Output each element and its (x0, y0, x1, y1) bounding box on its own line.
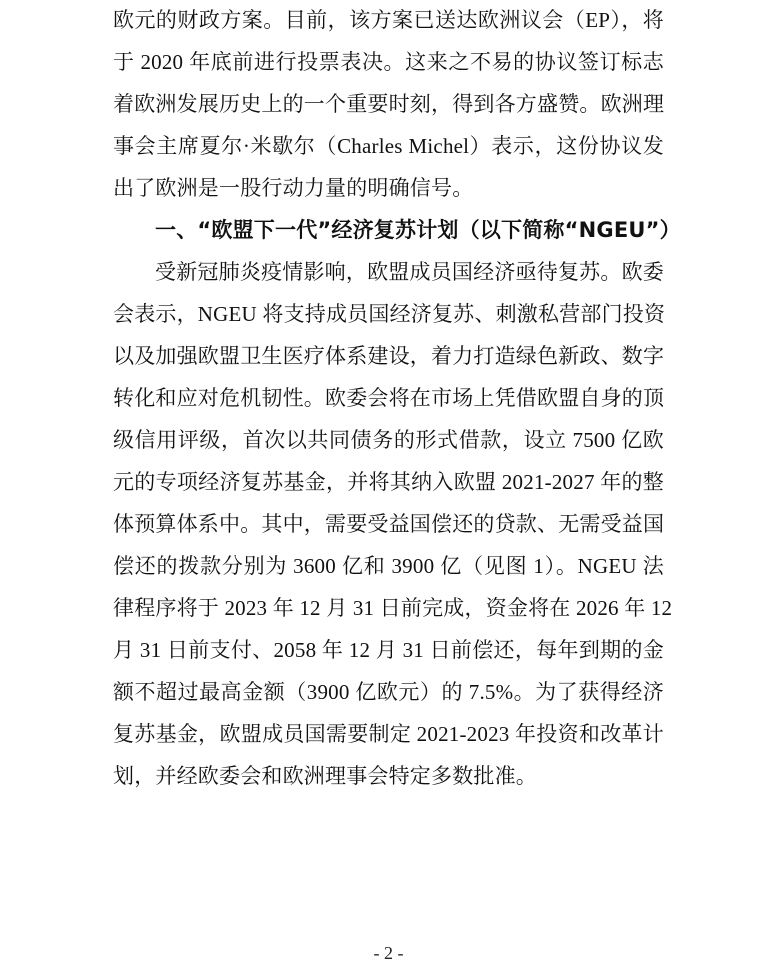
paragraph-line: 额不超过最高金额（3900 亿欧元）的 7.5%。为了获得经济 (113, 677, 664, 707)
paragraph-line: 以及加强欧盟卫生医疗体系建设，着力打造绿色新政、数字 (113, 341, 664, 371)
paragraph-line: 欧元的财政方案。目前，该方案已送达欧洲议会（EP），将 (113, 5, 664, 35)
section-heading: 一、“欧盟下一代”经济复苏计划（以下简称“NGEU”） (155, 215, 664, 245)
document-page: 欧元的财政方案。目前，该方案已送达欧洲议会（EP），将 于 2020 年底前进行… (0, 0, 777, 966)
paragraph-line: 于 2020 年底前进行投票表决。这来之不易的协议签订标志 (113, 47, 664, 77)
paragraph-line: 出了欧洲是一股行动力量的明确信号。 (113, 173, 664, 203)
paragraph-line: 转化和应对危机韧性。欧委会将在市场上凭借欧盟自身的顶 (113, 383, 664, 413)
paragraph-line: 律程序将于 2023 年 12 月 31 日前完成，资金将在 2026 年 12 (113, 593, 664, 623)
paragraph-line: 复苏基金，欧盟成员国需要制定 2021-2023 年投资和改革计 (113, 719, 664, 749)
paragraph-line: 偿还的拨款分别为 3600 亿和 3900 亿（见图 1）。NGEU 法 (113, 551, 664, 581)
paragraph-line: 划，并经欧委会和欧洲理事会特定多数批准。 (113, 761, 664, 791)
paragraph-line: 月 31 日前支付、2058 年 12 月 31 日前偿还，每年到期的金 (113, 635, 664, 665)
paragraph-line: 元的专项经济复苏基金，并将其纳入欧盟 2021-2027 年的整 (113, 467, 664, 497)
paragraph-line: 级信用评级，首次以共同债务的形式借款，设立 7500 亿欧 (113, 425, 664, 455)
paragraph-line: 体预算体系中。其中，需要受益国偿还的贷款、无需受益国 (113, 509, 664, 539)
paragraph-line: 着欧洲发展历史上的一个重要时刻，得到各方盛赞。欧洲理 (113, 89, 664, 119)
paragraph-line: 事会主席夏尔·米歇尔（Charles Michel）表示，这份协议发 (113, 131, 664, 161)
page-number: - 2 - (0, 943, 777, 964)
paragraph-line: 受新冠肺炎疫情影响，欧盟成员国经济亟待复苏。欧委 (155, 257, 664, 287)
paragraph-line: 会表示，NGEU 将支持成员国经济复苏、刺激私营部门投资 (113, 299, 664, 329)
